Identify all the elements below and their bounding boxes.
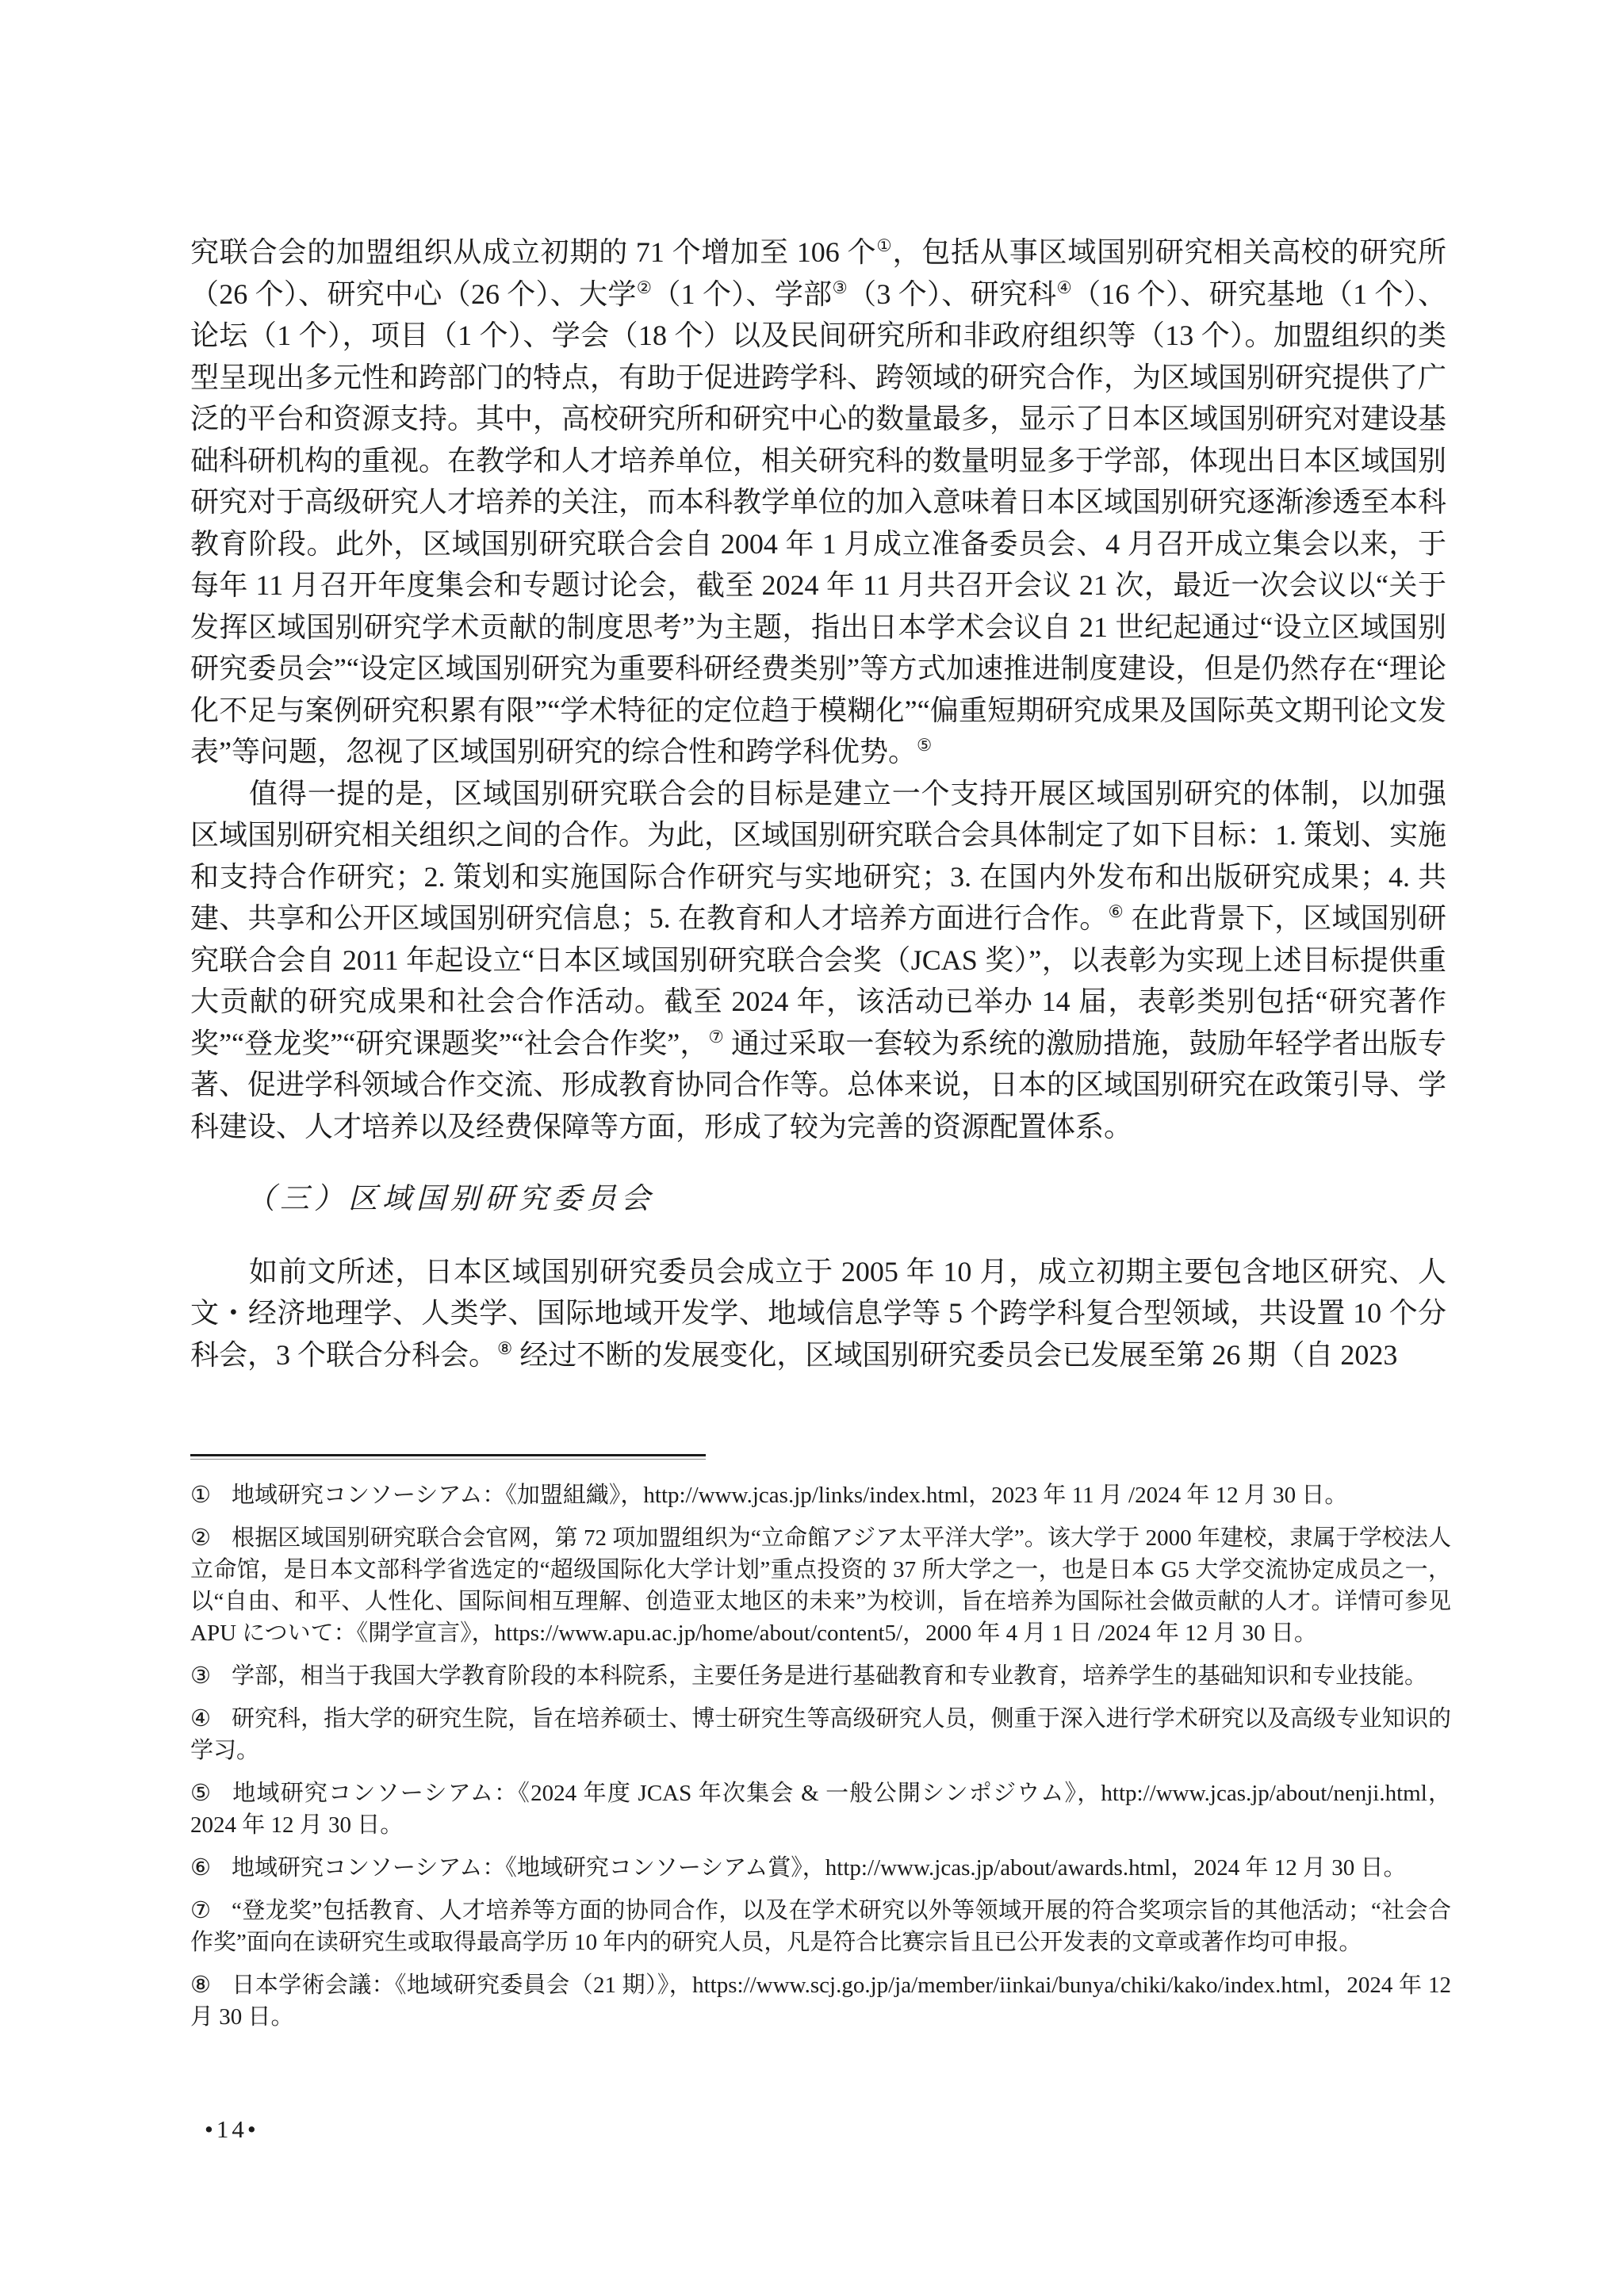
footnote-item: ③学部，相当于我国大学教育阶段的本科院系，主要任务是进行基础教育和专业教育，培养… <box>190 1660 1451 1692</box>
footnote-item: ④研究科，指大学的研究生院，旨在培养硕士、博士研究生等高级研究人员，侧重于深入进… <box>190 1703 1451 1766</box>
footnote-marker: ① <box>190 1479 211 1511</box>
footnote-ref-marker: ⑧ <box>497 1339 512 1358</box>
footnote-marker: ⑤ <box>190 1777 211 1809</box>
footnote-separator <box>190 1454 706 1460</box>
footnote-ref-marker: ② <box>637 278 653 297</box>
paragraph-continued: 究联合会的加盟组织从成立初期的 71 个增加至 106 个①，包括从事区域国别研… <box>190 232 1446 773</box>
footnote-marker: ⑧ <box>190 1969 211 2001</box>
body-text: 究联合会的加盟组织从成立初期的 71 个增加至 106 个①，包括从事区域国别研… <box>190 232 1446 1376</box>
footnote-item: ①地域研究コンソーシアム：《加盟組織》，http://www.jcas.jp/l… <box>190 1479 1451 1511</box>
footnote-ref-marker: ① <box>876 236 892 255</box>
footnote-item: ⑤地域研究コンソーシアム：《2024 年度 JCAS 年次集会 & 一般公開シン… <box>190 1777 1451 1841</box>
footnote-text: “登龙奖”包括教育、人才培养等方面的协同合作，以及在学术研究以外等领域开展的符合… <box>190 1898 1451 1955</box>
footnote-text: 地域研究コンソーシアム：《加盟組織》，http://www.jcas.jp/li… <box>232 1483 1347 1508</box>
footnote-text: 研究科，指大学的研究生院，旨在培养硕士、博士研究生等高级研究人员，侧重于深入进行… <box>190 1706 1451 1763</box>
footnote-ref-marker: ③ <box>832 278 848 297</box>
footnote-ref-marker: ⑦ <box>708 1027 723 1047</box>
document-page: 究联合会的加盟组织从成立初期的 71 个增加至 106 个①，包括从事区域国别研… <box>0 0 1624 2296</box>
footnote-item: ⑧日本学術会議：《地域研究委員会（21 期）》，https://www.scj.… <box>190 1969 1451 2033</box>
footnote-item: ②根据区域国别研究联合会官网，第 72 项加盟组织为“立命館アジア太平洋大学”。… <box>190 1522 1451 1649</box>
footnote-marker: ⑦ <box>190 1895 211 1927</box>
footnote-text: 根据区域国别研究联合会官网，第 72 项加盟组织为“立命館アジア太平洋大学”。该… <box>190 1525 1451 1646</box>
footnote-text: 地域研究コンソーシアム：《地域研究コンソーシアム賞》，http://www.jc… <box>232 1855 1407 1881</box>
footnote-marker: ③ <box>190 1660 211 1692</box>
footnote-marker: ④ <box>190 1703 211 1735</box>
footnotes-section: ①地域研究コンソーシアム：《加盟組織》，http://www.jcas.jp/l… <box>190 1479 1451 2044</box>
paragraph: 值得一提的是，区域国别研究联合会的目标是建立一个支持开展区域国别研究的体制，以加… <box>190 773 1446 1148</box>
page-number: •14• <box>205 2115 259 2144</box>
footnote-ref-marker: ⑥ <box>1109 902 1124 921</box>
section-heading: （三）区域国别研究委员会 <box>190 1179 1446 1221</box>
paragraph: 如前文所述，日本区域国别研究委员会成立于 2005 年 10 月，成立初期主要包… <box>190 1251 1446 1376</box>
footnote-text: 学部，相当于我国大学教育阶段的本科院系，主要任务是进行基础教育和专业教育，培养学… <box>232 1663 1427 1689</box>
footnote-marker: ② <box>190 1522 211 1554</box>
footnote-text: 日本学術会議：《地域研究委員会（21 期）》，https://www.scj.g… <box>190 1973 1451 2030</box>
footnote-ref-marker: ⑤ <box>917 736 932 755</box>
footnote-marker: ⑥ <box>190 1852 211 1884</box>
footnote-item: ⑦“登龙奖”包括教育、人才培养等方面的协同合作，以及在学术研究以外等领域开展的符… <box>190 1895 1451 1958</box>
footnote-item: ⑥地域研究コンソーシアム：《地域研究コンソーシアム賞》，http://www.j… <box>190 1852 1451 1884</box>
footnote-ref-marker: ④ <box>1056 278 1072 297</box>
footnote-text: 地域研究コンソーシアム：《2024 年度 JCAS 年次集会 & 一般公開シンポ… <box>190 1781 1451 1838</box>
